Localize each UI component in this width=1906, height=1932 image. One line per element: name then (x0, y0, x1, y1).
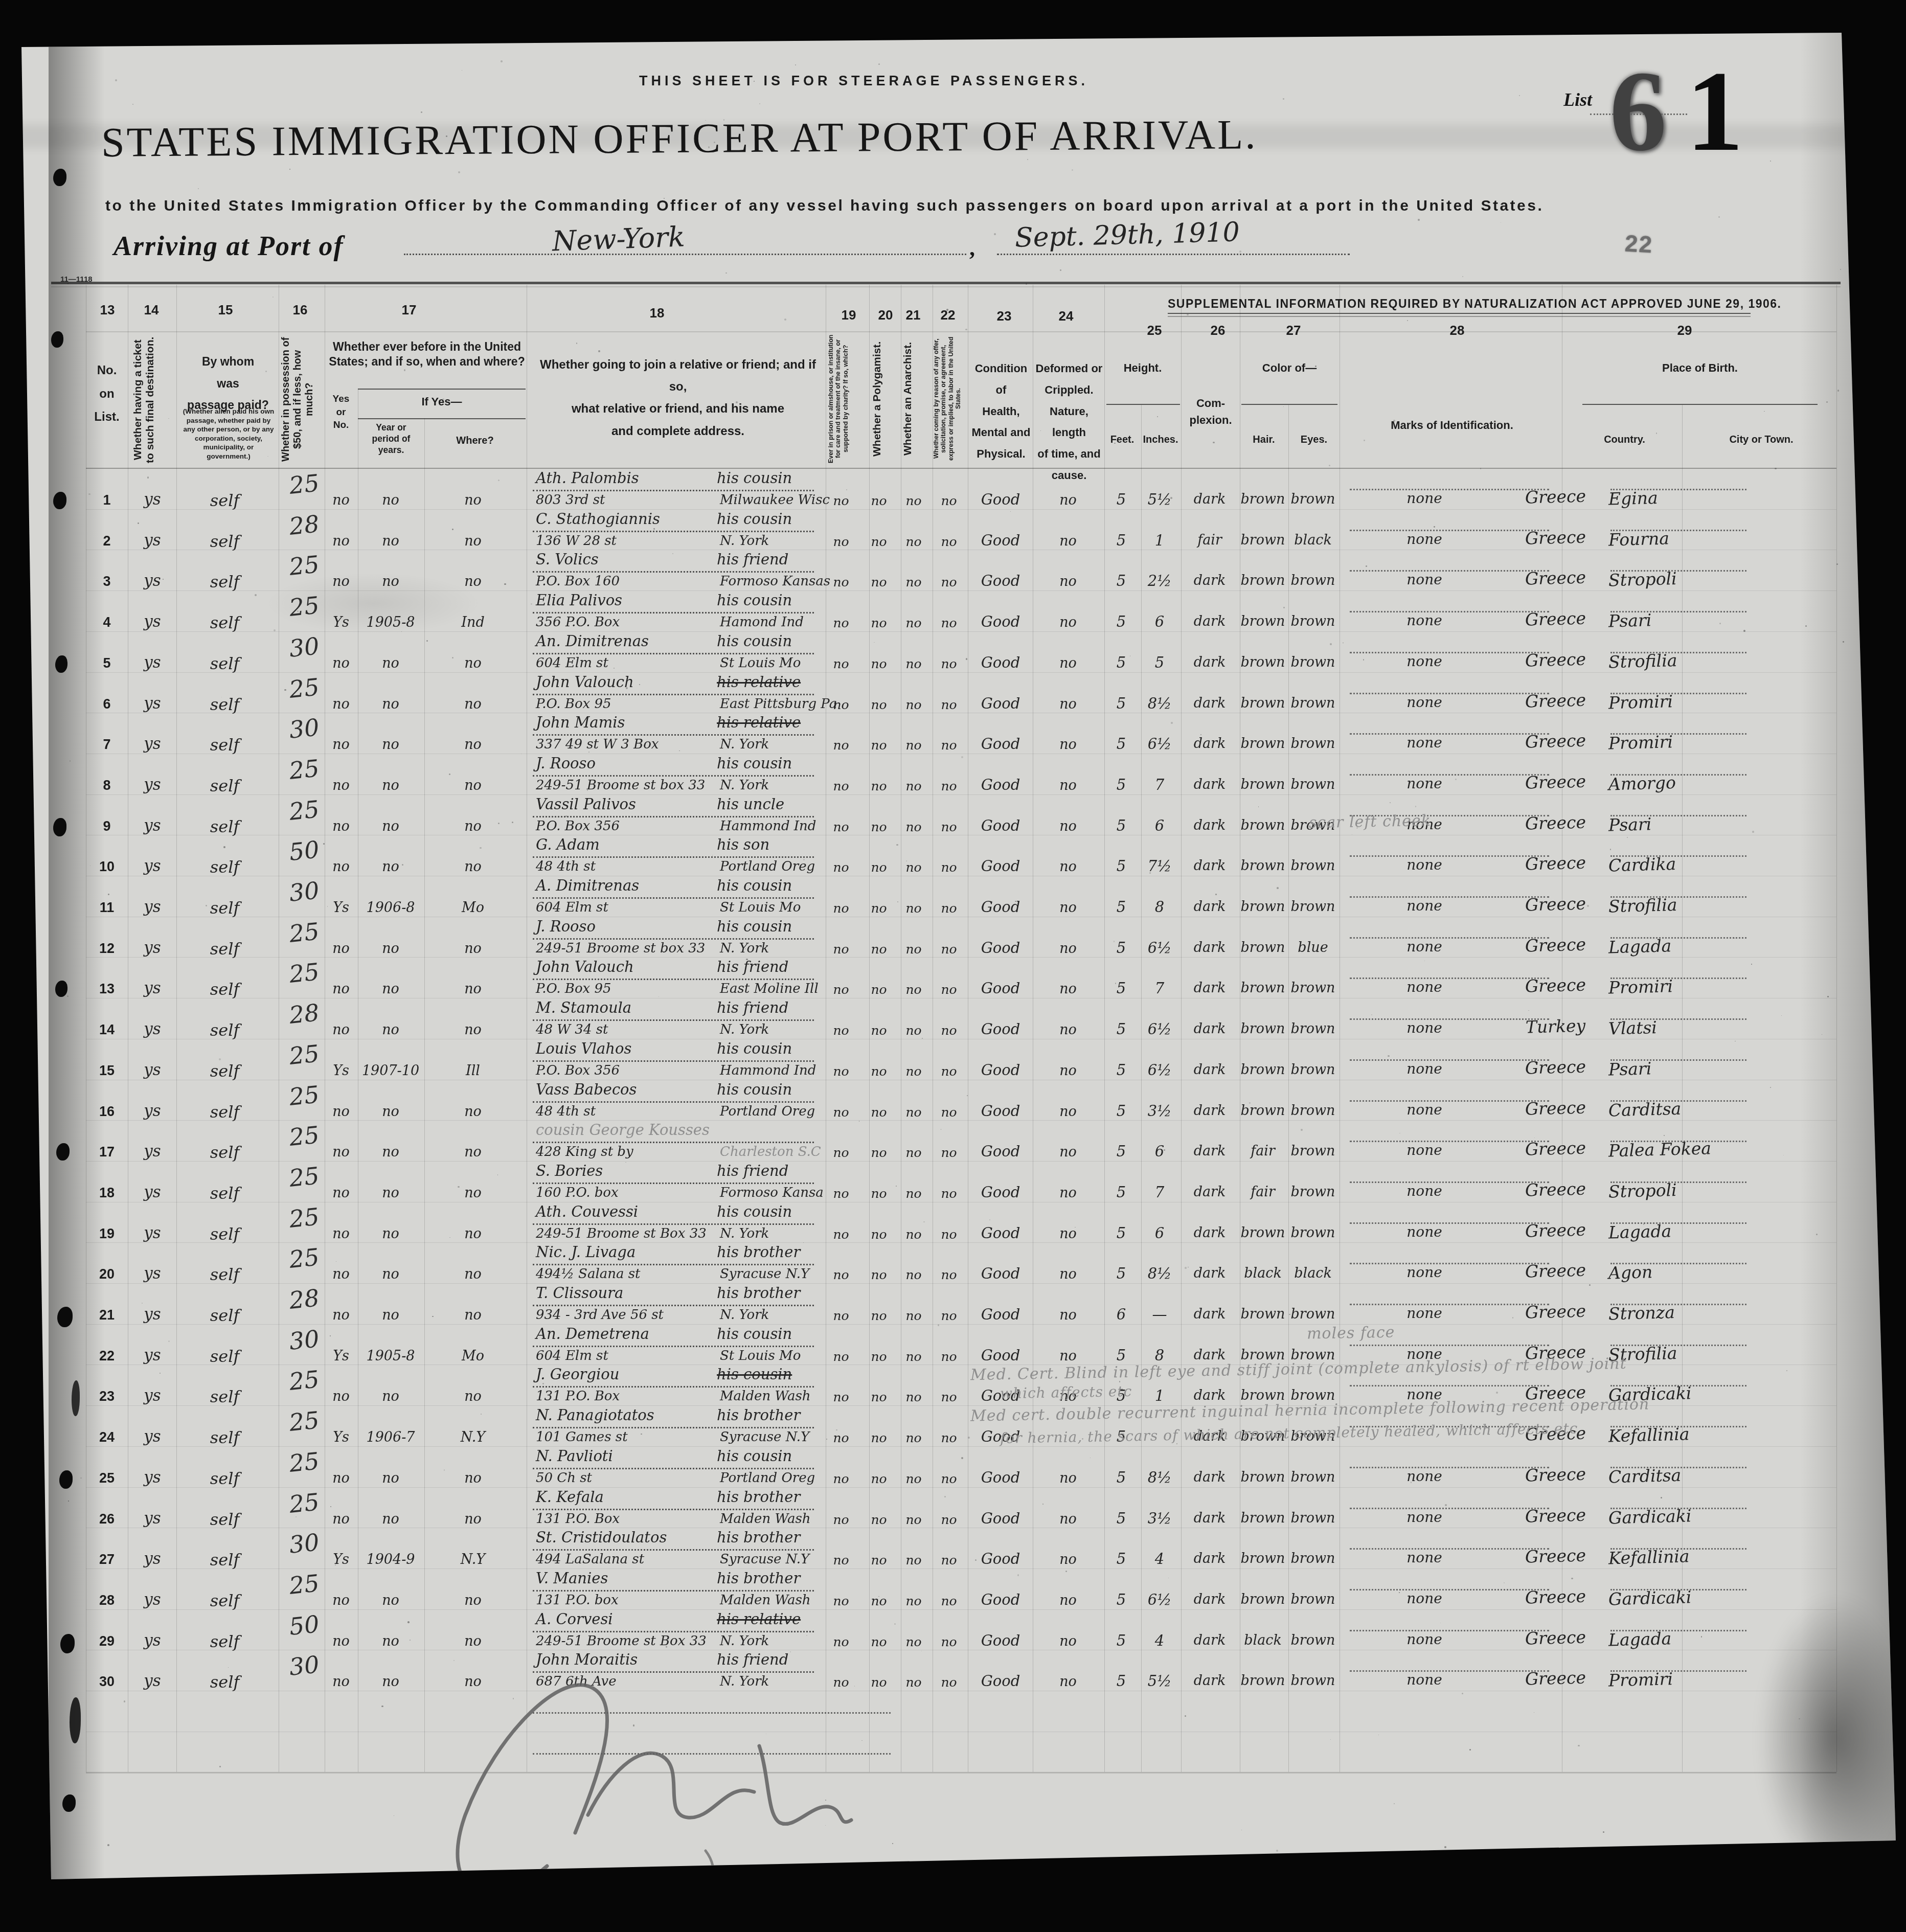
name-underline (533, 938, 814, 940)
cell-q22: no (931, 657, 967, 671)
cell-inches: 5½ (1139, 492, 1180, 508)
cell-q19: no (824, 1309, 858, 1323)
cell-ticket: ys (129, 695, 176, 712)
cell-paid_by: self (180, 1551, 269, 1569)
cell-eyes: brown (1287, 736, 1338, 752)
speckle (330, 1506, 331, 1507)
cell-q20: no (862, 1350, 896, 1364)
cell-complexion: dark (1181, 1633, 1238, 1648)
cell-addr_city: St Louis Mo (720, 900, 832, 915)
cell-q21: no (897, 1146, 931, 1160)
speckle (1213, 442, 1214, 443)
cell-q19: no (824, 738, 858, 753)
cell-ticket: ys (129, 1184, 176, 1201)
cell-eyes: brown (1287, 981, 1338, 996)
cell-eyes: brown (1287, 614, 1338, 629)
cell-relative: G. Adam (536, 837, 720, 853)
col-number-24: 24 (1051, 308, 1081, 325)
list-number-digit-6: 6 (1609, 57, 1667, 166)
perforation-hole (56, 1143, 70, 1161)
cell-deformed: no (1035, 941, 1101, 957)
cell-relation: his relative (717, 674, 819, 691)
cell-q22: no (931, 616, 967, 630)
cell-complexion: dark (1181, 1348, 1238, 1363)
speckle (1407, 320, 1409, 322)
cell-q19: no (824, 494, 858, 508)
cell-deformed: no (1035, 1022, 1101, 1038)
cell-q21: no (897, 1513, 931, 1527)
list-label: List (1563, 89, 1592, 110)
row-separator (86, 1161, 1836, 1162)
cell-q19: no (824, 698, 858, 712)
cell-paid_by: self (180, 1103, 269, 1121)
cell-us_yes: Ys (325, 900, 357, 916)
cell-complexion: dark (1181, 573, 1238, 588)
speckle (1119, 1381, 1120, 1382)
cell-us_yes: no (325, 534, 357, 549)
cell-feet: 6 (1104, 1307, 1138, 1323)
pencil-note: scar left cheek (1309, 812, 1431, 832)
cell-inches: 8 (1139, 899, 1180, 916)
cell-health: Good (969, 1062, 1032, 1079)
cell-q21: no (897, 942, 931, 957)
speckle (1528, 1010, 1529, 1011)
cell-q20: no (862, 942, 896, 957)
cell-us_where: no (425, 1389, 520, 1404)
cell-paid_by: self (180, 1062, 269, 1080)
col-header-eyes: Eyes. (1288, 434, 1340, 446)
cell-q19: no (824, 1594, 858, 1608)
cell-eyes: brown (1287, 1592, 1338, 1607)
speckle (67, 995, 69, 997)
cell-addr_city: Portland Oreg (720, 859, 832, 874)
cell-deformed: no (1035, 1063, 1101, 1079)
cell-us_where: Mo (425, 1349, 520, 1364)
cell-paid_by: self (180, 1470, 269, 1488)
speckle (531, 603, 532, 605)
cell-complexion: dark (1181, 1185, 1238, 1200)
cell-hair: brown (1238, 1388, 1287, 1403)
cell-us_year: no (357, 574, 424, 589)
cell-addr_city: N. York (720, 1226, 832, 1241)
col-header-color-of: Color of— (1239, 361, 1340, 375)
cell-addr_street: P.O. Box 356 (536, 819, 725, 834)
cell-health: Good (969, 1266, 1032, 1282)
cell-relation: his friend (717, 959, 819, 975)
cell-q19: no (824, 1513, 858, 1527)
cell-health: Good (969, 1511, 1032, 1527)
row-separator (86, 1772, 1836, 1772)
speckle (1519, 95, 1520, 96)
birthplace-underline (1610, 1181, 1746, 1183)
cell-hair: brown (1238, 655, 1287, 670)
color-subline (1241, 404, 1337, 405)
speckle (1363, 659, 1364, 660)
cell-eyes: black (1287, 1266, 1338, 1281)
speckle (1587, 905, 1589, 907)
cell-relative: M. Stamoula (536, 1000, 720, 1016)
cell-ticket: ys (129, 532, 176, 549)
speckle (1504, 1582, 1505, 1583)
cell-eyes: brown (1287, 1185, 1338, 1200)
cell-eyes: brown (1287, 1225, 1338, 1241)
cell-relative: Vassil Palivos (536, 797, 720, 813)
speckle (267, 456, 268, 457)
cell-q20: no (862, 983, 896, 997)
col-header-join-relative: Whether going to join a relative or frie… (532, 354, 824, 442)
cell-feet: 5 (1104, 492, 1138, 508)
birthplace-underline (1610, 1467, 1746, 1468)
speckle (1390, 802, 1391, 803)
cell-hair: brown (1238, 981, 1287, 996)
name-underline (533, 1386, 814, 1388)
cell-hair: brown (1238, 1307, 1287, 1322)
cell-q20: no (862, 494, 896, 508)
cell-ticket: ys (129, 491, 176, 508)
cell-no: 11 (87, 900, 127, 916)
speckle (659, 996, 660, 997)
speckle (1399, 1133, 1400, 1134)
row-separator (86, 1324, 1836, 1325)
speckle (989, 1219, 990, 1220)
cell-q22: no (931, 1594, 967, 1608)
cell-no: 7 (87, 737, 127, 753)
speckle (966, 658, 967, 660)
cell-relative: V. Manies (536, 1571, 720, 1587)
birthplace-underline (1610, 1589, 1746, 1590)
speckle (407, 1621, 410, 1623)
birthplace-underline (1610, 937, 1746, 939)
cell-us_where: no (425, 1471, 520, 1486)
cell-q22: no (931, 1064, 967, 1079)
cell-us_yes: no (325, 941, 357, 957)
row-separator (86, 1120, 1836, 1121)
cell-q22: no (931, 1675, 967, 1690)
cell-hair: black (1238, 1633, 1287, 1648)
speckle (90, 866, 90, 866)
cell-us_year: no (357, 941, 424, 957)
cell-relative: A. Corvesi (536, 1611, 720, 1628)
cell-q21: no (897, 1594, 931, 1608)
speckle (1434, 526, 1435, 528)
cell-relative: T. Clissoura (536, 1285, 720, 1302)
cell-relative: An. Dimitrenas (536, 633, 720, 650)
col-header-ticket: Whether having a ticket to such final de… (132, 335, 176, 464)
cell-no: 4 (87, 615, 127, 630)
cell-health: Good (969, 1307, 1032, 1323)
speckle (1017, 1574, 1019, 1576)
edge-tear-mark (70, 1697, 81, 1743)
cell-eyes: brown (1287, 696, 1338, 711)
cell-complexion: dark (1181, 1021, 1238, 1037)
cell-addr_street: P.O. Box 95 (536, 982, 725, 996)
col-number-25: 25 (1139, 322, 1170, 339)
page-subtitle: to the United States Immigration Officer… (105, 196, 1544, 216)
cell-health: Good (969, 981, 1032, 997)
cell-relative: Vass Babecos (536, 1082, 720, 1098)
cell-hair: brown (1238, 533, 1287, 548)
cell-q21: no (897, 1390, 931, 1404)
name-underline (533, 1305, 814, 1306)
speckle (1185, 1267, 1187, 1269)
cell-eyes: brown (1287, 1470, 1338, 1485)
cell-relation: his friend (717, 1163, 819, 1179)
cell-q21: no (897, 1064, 931, 1079)
speckle (614, 668, 615, 669)
speckle (1010, 511, 1011, 512)
name-underline (533, 1427, 814, 1428)
speckle (1170, 497, 1172, 499)
speckle (80, 1478, 81, 1479)
speckle (444, 1469, 445, 1470)
cell-us_where: no (425, 493, 520, 508)
cell-health: Good (969, 533, 1032, 549)
cell-hair: brown (1238, 1592, 1287, 1607)
cell-q20: no (862, 1228, 896, 1242)
cell-hair: brown (1238, 492, 1287, 507)
cell-feet: 5 (1104, 1266, 1138, 1282)
cell-marks: none (1348, 1265, 1501, 1281)
birthplace-underline (1610, 611, 1746, 612)
cell-relation: his brother (717, 1285, 819, 1302)
cell-us_where: Mo (425, 900, 520, 916)
speckle (944, 1496, 946, 1497)
cell-q19: no (824, 983, 858, 997)
cell-no: 6 (87, 697, 127, 712)
cell-feet: 5 (1104, 1551, 1138, 1567)
cell-q21: no (897, 1309, 931, 1323)
speckle (894, 1623, 896, 1625)
speckle (803, 859, 805, 860)
row-separator (86, 1446, 1836, 1447)
cell-feet: 5 (1104, 1633, 1138, 1649)
birthplace-underline (1610, 978, 1746, 979)
cell-us_where: Ill (425, 1063, 520, 1079)
perforation-hole (55, 655, 67, 673)
pencil-note: moles face (1307, 1323, 1395, 1343)
cell-deformed: no (1035, 1104, 1101, 1120)
speckle (1752, 831, 1754, 833)
speckle (480, 847, 481, 849)
cell-hair: brown (1238, 573, 1287, 588)
speckle (941, 1129, 942, 1130)
cell-hair: brown (1238, 1103, 1287, 1119)
cell-hair: brown (1238, 858, 1287, 874)
speckle (639, 684, 640, 685)
cell-hair: fair (1238, 1144, 1287, 1159)
cell-paid_by: self (180, 981, 269, 998)
cell-us_year: no (357, 982, 424, 997)
paper-sheet: THIS SHEET IS FOR STEERAGE PASSENGERS. L… (0, 0, 1906, 1932)
marks-underline (1350, 1263, 1549, 1264)
speckle (198, 188, 199, 189)
marks-underline (1350, 1467, 1549, 1468)
cell-us_year: no (357, 1186, 424, 1201)
cell-us_where: no (425, 941, 520, 957)
name-underline (533, 1590, 814, 1592)
speckle (1027, 159, 1028, 160)
cell-relation: his cousin (717, 1326, 819, 1343)
cell-relation: his cousin (717, 1448, 819, 1465)
cell-marks: none (1348, 857, 1501, 873)
speckle (989, 991, 991, 993)
row-separator (86, 1039, 1836, 1039)
cell-inches: 6½ (1139, 940, 1180, 957)
cell-ticket: ys (129, 572, 176, 589)
cell-addr_city: N. York (720, 1308, 832, 1323)
cell-paid_by: self (180, 614, 269, 632)
cell-feet: 5 (1104, 614, 1138, 630)
cell-addr_street: 131 P.O. Box (536, 1389, 725, 1404)
cell-q21: no (897, 1105, 931, 1120)
cell-addr_city: Hammond Ind (720, 1063, 832, 1078)
cell-q21: no (897, 901, 931, 916)
cell-inches: 8½ (1139, 1470, 1180, 1486)
cell-no: 23 (87, 1389, 127, 1404)
cell-q19: no (824, 901, 858, 916)
name-underline (533, 1142, 814, 1143)
cell-feet: 5 (1104, 1348, 1138, 1364)
speckle (961, 1457, 963, 1459)
cell-feet: 5 (1104, 655, 1138, 671)
cell-feet: 5 (1104, 1185, 1138, 1201)
cell-paid_by: self (180, 1673, 269, 1691)
cell-us_yes: no (325, 859, 357, 875)
page-title: STATES IMMIGRATION OFFICER AT PORT OF AR… (101, 110, 1258, 167)
cell-q22: no (931, 1228, 967, 1242)
cell-deformed: no (1035, 819, 1101, 834)
cell-q22: no (931, 942, 967, 957)
cell-inches: 8½ (1139, 1266, 1180, 1282)
row-separator (86, 835, 1836, 835)
cell-q19: no (824, 1553, 858, 1567)
cell-relative: Louis Vlahos (536, 1041, 720, 1057)
speckle (410, 1640, 411, 1641)
cell-no: 8 (87, 778, 127, 793)
speckle (610, 541, 610, 542)
cell-us_yes: no (325, 697, 357, 712)
cell-no: 5 (87, 656, 127, 671)
cell-ticket: ys (129, 1265, 176, 1282)
arriving-at-port-label: Arriving at Port of (114, 230, 344, 262)
cell-addr_street: P.O. Box 160 (536, 574, 725, 589)
cell-deformed: no (1035, 737, 1101, 753)
speckle (1366, 565, 1367, 567)
speckle (132, 104, 133, 105)
speckle (1283, 607, 1285, 608)
cell-q20: no (862, 779, 896, 793)
speckle (1168, 1578, 1169, 1578)
speckle (784, 319, 786, 321)
birthplace-underline (1610, 1141, 1746, 1142)
name-underline (533, 1509, 814, 1510)
cell-q20: no (862, 1024, 896, 1038)
speckle (1185, 1715, 1186, 1717)
speckle (284, 689, 286, 691)
row-separator (86, 1283, 1836, 1284)
speckle (426, 640, 428, 642)
speckle (624, 1236, 625, 1237)
speckle (1399, 1592, 1399, 1593)
cell-addr_city: N. York (720, 534, 832, 549)
marks-underline (1350, 1508, 1549, 1509)
cell-ticket: ys (129, 980, 176, 997)
cell-marks: none (1348, 613, 1501, 629)
cell-us_year: no (357, 1022, 424, 1038)
table-top-border (51, 282, 1841, 284)
supplemental-underline-2 (1168, 316, 1751, 317)
cell-us_year: no (357, 493, 424, 508)
cell-relation: his cousin (717, 919, 819, 935)
cell-marks: none (1348, 898, 1501, 914)
cell-paid_by: self (180, 1021, 269, 1039)
cell-inches: 7 (1139, 777, 1180, 793)
col-header-prison: Ever in prison or almshouse, or institut… (827, 333, 868, 464)
cell-deformed: no (1035, 656, 1101, 671)
cell-us_year: no (357, 1267, 424, 1282)
col-header-before-us: Whether ever before in the United States… (328, 339, 526, 369)
cell-q21: no (897, 657, 931, 671)
speckle (1822, 1034, 1822, 1035)
row-separator (86, 1202, 1836, 1202)
cell-addr_street: P.O. Box 356 (536, 1063, 725, 1078)
marks-underline (1350, 733, 1549, 735)
cell-us_year: 1905-8 (357, 1349, 424, 1364)
cell-no: 25 (87, 1471, 127, 1486)
speckle (1388, 1055, 1389, 1057)
cell-us_where: no (425, 859, 520, 875)
cell-addr_city: Hammond Ind (720, 819, 832, 834)
cell-paid_by: self (180, 1429, 269, 1447)
cell-complexion: dark (1181, 1144, 1238, 1159)
speckle (921, 1651, 922, 1651)
cell-marks: none (1348, 1672, 1501, 1688)
marks-underline (1350, 1141, 1549, 1142)
cell-us_yes: no (325, 1308, 357, 1323)
cell-relation: his cousin (717, 1041, 819, 1057)
cell-us_where: N.Y (425, 1430, 520, 1445)
ifyes-bottom-line (358, 418, 526, 419)
name-underline (533, 816, 814, 817)
cell-ticket: ys (129, 1632, 176, 1649)
cell-relative: cousin George Kousses (536, 1122, 720, 1139)
cell-complexion: dark (1181, 614, 1238, 629)
speckle (168, 1340, 170, 1342)
speckle (497, 1174, 498, 1175)
cell-inches: 6 (1139, 614, 1180, 630)
cell-no: 26 (87, 1512, 127, 1527)
cell-us_year: no (357, 1145, 424, 1160)
row-separator (86, 1691, 1836, 1691)
cell-health: Good (969, 573, 1032, 589)
row-separator (86, 631, 1836, 632)
speckle (1816, 1234, 1818, 1236)
speckle (896, 1186, 897, 1187)
speckle (897, 901, 898, 902)
birthplace-underline (1610, 1222, 1746, 1224)
column-line (128, 285, 128, 1772)
cell-deformed: no (1035, 1145, 1101, 1160)
cell-deformed: no (1035, 493, 1101, 508)
cell-addr_street: 803 3rd st (536, 493, 725, 508)
cell-addr_street: 160 P.O. box (536, 1186, 725, 1200)
speckle (723, 119, 725, 121)
col-number-13: 13 (92, 302, 123, 319)
cell-relative: N. Pavlioti (536, 1448, 720, 1465)
birthplace-underline (1610, 489, 1746, 490)
cell-complexion: dark (1181, 1551, 1238, 1566)
cell-us_where: no (425, 1186, 520, 1201)
